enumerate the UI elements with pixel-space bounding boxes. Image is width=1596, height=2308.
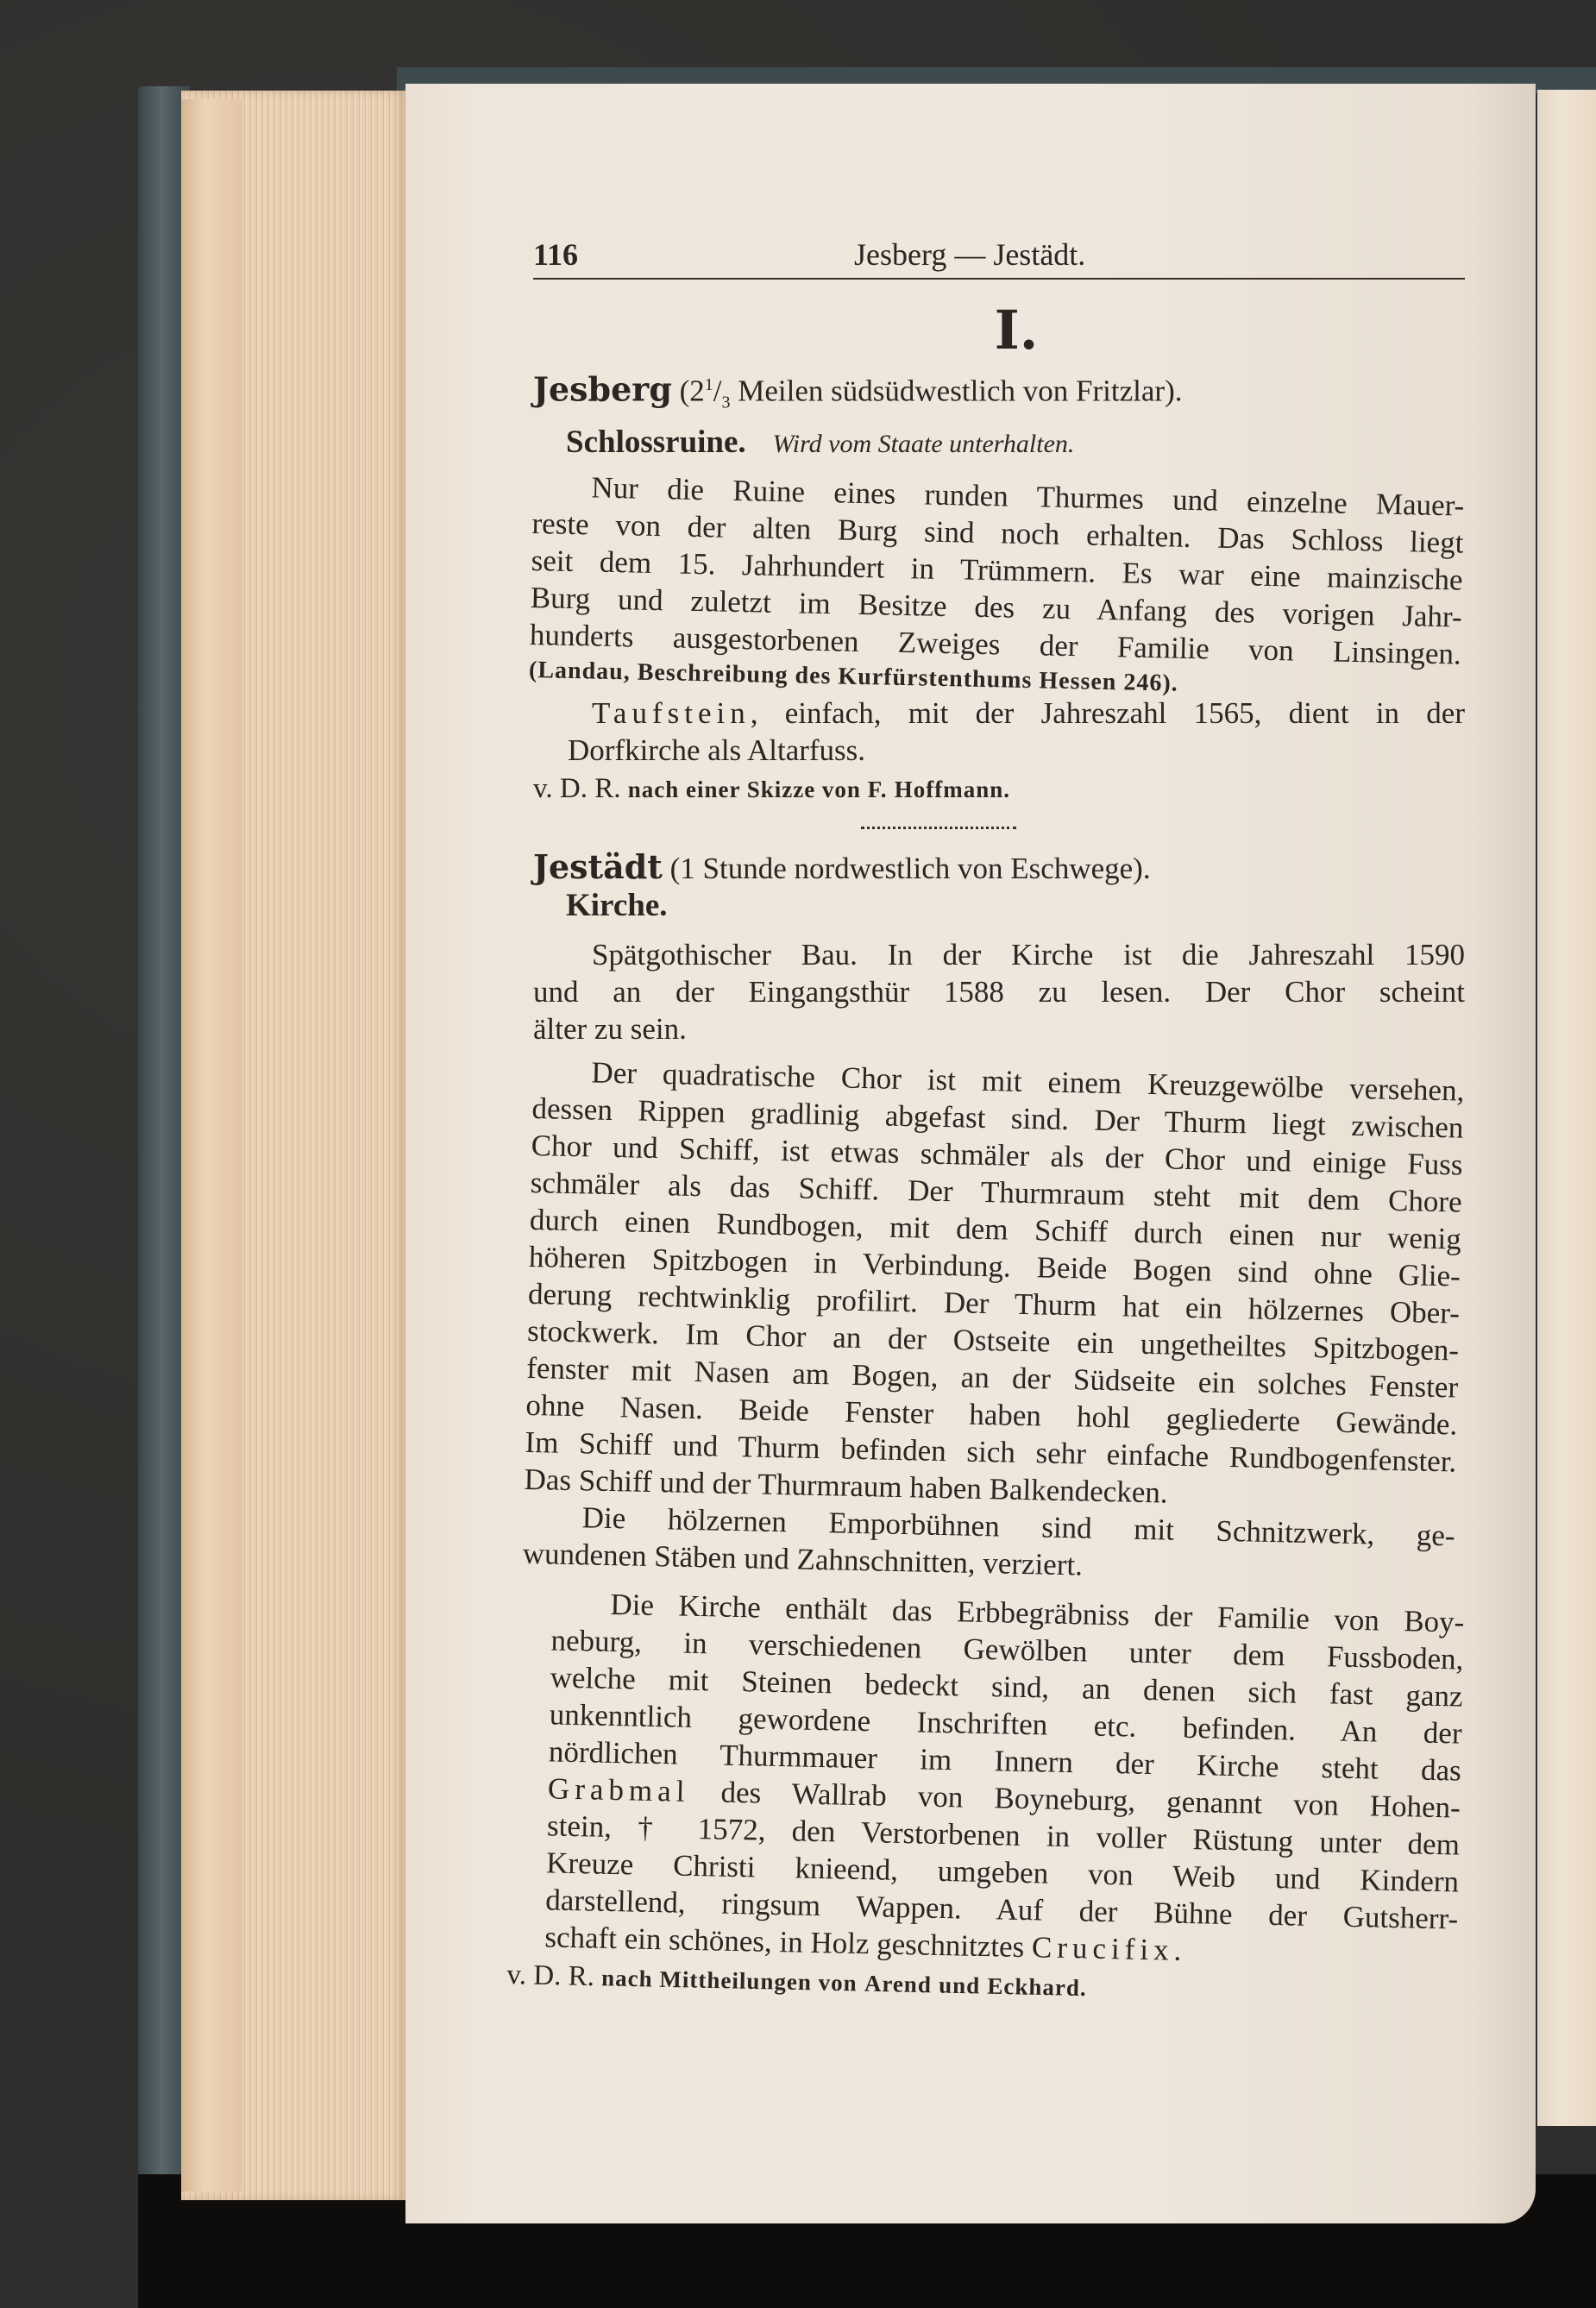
keyword-spaced: Grabmal bbox=[548, 1771, 690, 1808]
entry-jesberg: Jesberg (21/3 Meilen südsüdwestlich von … bbox=[533, 367, 1465, 829]
page-content: 116 Jesberg — Jestädt. I. Jesberg (21/3 … bbox=[533, 233, 1465, 1996]
credit-line: v. D. R. nach einer Skizze von F. Hoffma… bbox=[533, 769, 1465, 809]
entry-heading-line: Jestädt (1 Stunde nordwestlich von Eschw… bbox=[533, 848, 1465, 887]
credit-name: Hoffmann. bbox=[895, 777, 1010, 802]
page-number: 116 bbox=[533, 236, 578, 273]
text-line: Spätgothischer Bau. In der Kirche ist di… bbox=[533, 936, 1465, 973]
fraction-denominator: 3 bbox=[722, 393, 731, 412]
location-text: (1 Stunde nordwestlich von Eschwege). bbox=[670, 852, 1151, 885]
monument-title: Schlossruine. bbox=[566, 424, 746, 460]
dotted-separator bbox=[861, 827, 1016, 829]
paragraph: Spätgothischer Bau. In der Kirche ist di… bbox=[533, 936, 1465, 1047]
text-line: Dorfkirche als Altarfuss. bbox=[533, 732, 1465, 769]
next-page-edge bbox=[1537, 90, 1596, 2126]
page-stack-front bbox=[181, 99, 242, 2192]
monument-note: Wird vom Staate unterhalten. bbox=[772, 430, 1074, 458]
text-line: und an der Eingangsthür 1588 zu lesen. D… bbox=[533, 973, 1465, 1010]
paragraph: Der quadratische Chor ist mit einem Kreu… bbox=[522, 1053, 1464, 1591]
fraction-numerator: 1 bbox=[705, 375, 713, 394]
location-text: Meilen südsüdwestlich von Fritzlar). bbox=[738, 374, 1182, 408]
credit-name: Eckhard. bbox=[987, 1972, 1087, 2000]
running-header: 116 Jesberg — Jestädt. bbox=[533, 233, 1465, 280]
section-numeral: I. bbox=[568, 299, 1465, 362]
credit-name: Arend bbox=[864, 1970, 933, 1997]
credit-initials: v. D. R. bbox=[533, 773, 620, 804]
monument-line: Schlossruine. Wird vom Staate unterhalte… bbox=[533, 424, 1465, 462]
place-name: Jestädt bbox=[533, 847, 663, 886]
text-line: älter zu sein. bbox=[533, 1010, 1465, 1047]
entry-jestaedt: Jestädt (1 Stunde nordwestlich von Eschw… bbox=[533, 848, 1465, 1996]
tomb-paragraph: Die Kirche enthält das Erbbegräbniss der… bbox=[525, 1584, 1465, 1975]
place-name: Jesberg bbox=[533, 370, 672, 409]
keyword-spaced: Taufstein bbox=[592, 696, 751, 730]
monument-line: Kirche. bbox=[533, 887, 1465, 924]
credit-text: nach Mittheilungen von bbox=[601, 1965, 858, 1996]
font-paragraph: Taufstein, einfach, mit der Jahreszahl 1… bbox=[533, 695, 1465, 769]
credit-initials: v. D. R. bbox=[506, 1959, 594, 1992]
paragraph: Nur die Ruine eines runden Thurmes und e… bbox=[529, 468, 1465, 707]
credit-conjunction: und bbox=[939, 1972, 981, 1998]
monument-title: Kirche. bbox=[566, 888, 668, 923]
credit-text: nach einer Skizze von F. bbox=[628, 777, 888, 802]
entry-heading-line: Jesberg (21/3 Meilen südsüdwestlich von … bbox=[533, 367, 1465, 422]
keyword-spaced: Crucifix. bbox=[1032, 1930, 1187, 1967]
location-prefix: (2 bbox=[680, 374, 705, 408]
running-title: Jesberg — Jestädt. bbox=[854, 236, 1085, 273]
